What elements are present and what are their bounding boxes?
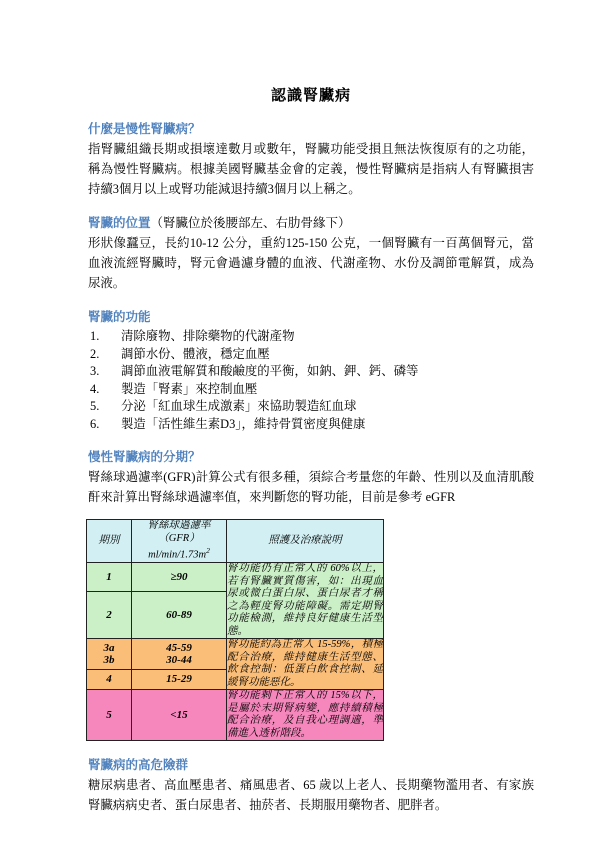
header-cell-care: 照護及治療說明 xyxy=(227,520,384,563)
header-cell-stage: 期別 xyxy=(87,520,132,563)
list-item: 製造「腎素」來控制血壓 xyxy=(88,381,534,399)
header-gfr-line3: ml/min/1.73m2 xyxy=(132,545,226,562)
paragraph-ckd-stages: 腎絲球過濾率(GFR)計算公式有很多種，須綜合考量您的年齡、性別以及血清肌酸酐來… xyxy=(88,467,534,507)
stage-cell: 3a 3b xyxy=(87,639,132,670)
header-cell-gfr: 腎絲球過濾率 （GFR） ml/min/1.73m2 xyxy=(132,520,227,563)
header-gfr-superscript: 2 xyxy=(206,546,210,555)
list-item: 調節血液電解質和酸鹼度的平衡，如鈉、鉀、鈣、磷等 xyxy=(88,363,534,381)
list-item: 分泌「紅血球生成激素」來協助製造紅血球 xyxy=(88,398,534,416)
heading-suffix: （腎臟位於後腰部左、右肋骨緣下） xyxy=(151,216,351,230)
header-gfr-line2: （GFR） xyxy=(132,533,226,546)
section-ckd-stages: 慢性腎臟病的分期？ 腎絲球過濾率(GFR)計算公式有很多種，須綜合考量您的年齡、… xyxy=(88,447,534,741)
table-row-stage1: 1 ≥90 腎功能仍有正常人的 60%以上，若有腎臟實質傷害，如：出現血尿或微白… xyxy=(87,563,384,592)
section-heading-high-risk: 腎臟病的高危險群 xyxy=(88,755,534,773)
paragraph-what-is-ckd: 指腎臟組織長期或損壞達數月或數年，腎臟功能受損且無法恢復原有的之功能，稱為慢性腎… xyxy=(88,139,534,199)
gfr-cell: 45-59 30-44 xyxy=(132,639,227,670)
gfr-cell: <15 xyxy=(132,690,227,741)
gfr-cell: 15-29 xyxy=(132,670,227,690)
stage-cell: 1 xyxy=(87,563,132,592)
table-row-stage3: 3a 3b 45-59 30-44 腎功能約為正常人 15-59%，積極配合治療… xyxy=(87,639,384,670)
section-kidney-location: 腎臟的位置（腎臟位於後腰部左、右肋骨緣下） 形狀像蠶豆，長約10-12 公分，重… xyxy=(88,213,534,293)
list-item: 製造「活性維生素D3」，維持骨質密度與健康 xyxy=(88,416,534,434)
stage-cell: 5 xyxy=(87,690,132,741)
desc-cell-stage1-2: 腎功能仍有正常人的 60%以上，若有腎臟實質傷害，如：出現血尿或微白蛋白尿、蛋白… xyxy=(227,563,384,639)
stage-cell: 4 xyxy=(87,670,132,690)
header-gfr-line1: 腎絲球過濾率 xyxy=(132,520,226,533)
section-heading-ckd-stages: 慢性腎臟病的分期？ xyxy=(88,447,534,465)
section-high-risk: 腎臟病的高危險群 糖尿病患者、高血壓患者、痛風患者、65 歲以上老人、長期藥物濫… xyxy=(88,755,534,815)
section-heading-what-is-ckd: 什麼是慢性腎臟病？ xyxy=(88,119,534,137)
kidney-function-list: 清除廢物、排除藥物的代謝產物 調節水份、體液，穩定血壓 調節血液電解質和酸鹼度的… xyxy=(88,328,534,433)
table-header-row: 期別 腎絲球過濾率 （GFR） ml/min/1.73m2 照護及治療說明 xyxy=(87,520,384,563)
gfr-cell: 60-89 xyxy=(132,592,227,639)
section-kidney-functions: 腎臟的功能 清除廢物、排除藥物的代謝產物 調節水份、體液，穩定血壓 調節血液電解… xyxy=(88,307,534,433)
list-item: 清除廢物、排除藥物的代謝產物 xyxy=(88,328,534,346)
section-heading-kidney-location: 腎臟的位置（腎臟位於後腰部左、右肋骨緣下） xyxy=(88,213,534,231)
paragraph-kidney-location: 形狀像蠶豆，長約10-12 公分，重約125-150 公克，一個腎臟有一百萬個腎… xyxy=(88,233,534,293)
gfr-cell: ≥90 xyxy=(132,563,227,592)
list-item: 調節水份、體液，穩定血壓 xyxy=(88,346,534,364)
desc-cell-stage5: 腎功能剩下正常人的 15%以下，是屬於末期腎病變，應持續積極配合治療，及自我心理… xyxy=(227,690,384,741)
section-what-is-ckd: 什麼是慢性腎臟病？ 指腎臟組織長期或損壞達數月或數年，腎臟功能受損且無法恢復原有… xyxy=(88,119,534,199)
heading-label: 腎臟的位置 xyxy=(88,216,151,230)
page-title: 認識腎臟病 xyxy=(88,84,534,105)
desc-cell-stage3-4: 腎功能約為正常人 15-59%，積極配合治療，維持健康生活型態、飲食控制：低蛋白… xyxy=(227,639,384,690)
section-heading-kidney-functions: 腎臟的功能 xyxy=(88,307,534,325)
paragraph-high-risk: 糖尿病患者、高血壓患者、痛風患者、65 歲以上老人、長期藥物濫用者、有家族腎臟病… xyxy=(88,775,534,815)
stage-cell: 2 xyxy=(87,592,132,639)
table-row-stage5: 5 <15 腎功能剩下正常人的 15%以下，是屬於末期腎病變，應持續積極配合治療… xyxy=(87,690,384,741)
ckd-stage-table: 期別 腎絲球過濾率 （GFR） ml/min/1.73m2 照護及治療說明 1 … xyxy=(86,519,384,741)
document-page: 認識腎臟病 什麼是慢性腎臟病？ 指腎臟組織長期或損壞達數月或數年，腎臟功能受損且… xyxy=(0,0,600,849)
